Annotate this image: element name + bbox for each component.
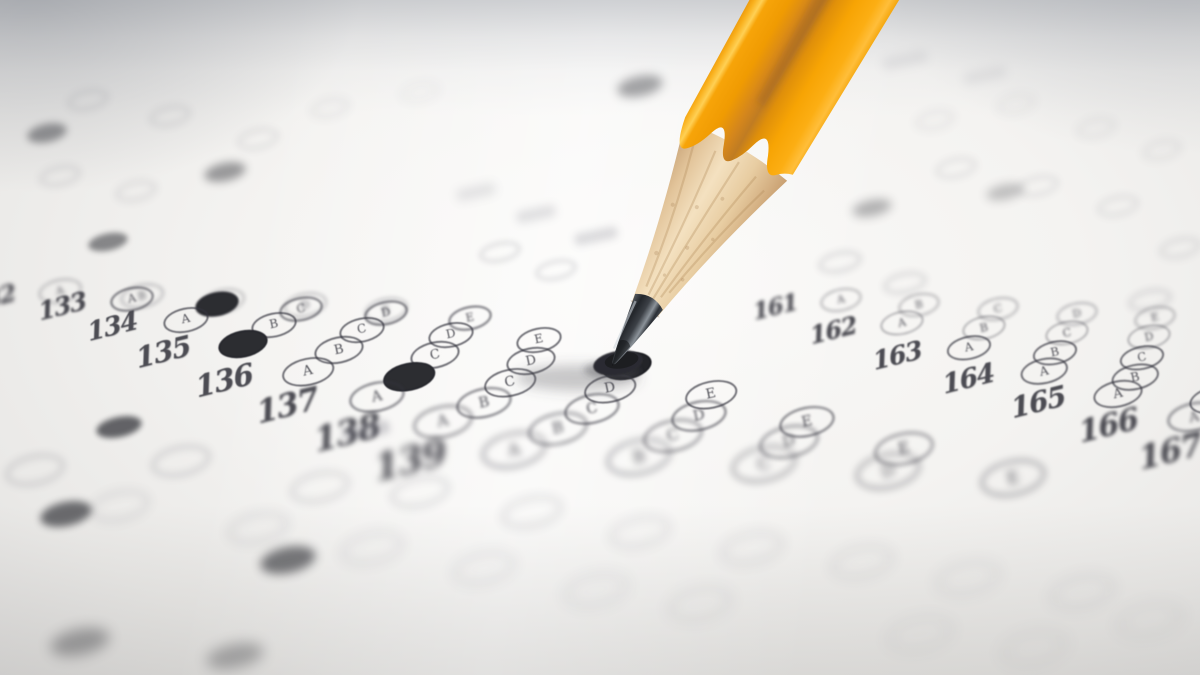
blurred-bubble [1015,172,1060,200]
blurred-filled-bubble [204,638,266,674]
blurred-bubble [560,567,631,612]
answer-bubble: E [978,454,1049,502]
blurred-filled-bubble [851,196,893,220]
blurred-filled-bubble [38,497,94,531]
question-number: 135 [135,328,190,376]
question-number: 161 [753,288,798,327]
blurred-bubble [816,247,863,277]
blurred-bubble [827,540,896,584]
blurred-bubble [308,95,351,122]
blurred-bubble [113,177,158,205]
blurred-filled-bubble [26,120,69,146]
blurred-bubble [88,485,153,527]
blurred-bubble [1157,234,1200,262]
blurred-bubble [3,449,68,491]
blurred-bubble [883,611,956,657]
blurred-bubble [1140,137,1183,164]
blurred-bubble [288,466,353,508]
question-number: 162 [810,309,857,351]
blurred-bubble [1113,597,1186,643]
bubble-sheet-photo: 132ABCDE133ACDE134ABCDE135BCD136ACDE137A… [0,0,1200,675]
question-number: 136 [195,355,253,406]
blurred-bubble [607,511,674,553]
blurred-bubble [499,491,566,533]
blurred-bubble [717,526,786,570]
blurred-bubble [337,526,406,570]
blurred-bubble [533,256,578,284]
answer-sheet-paper: 132ABCDE133ACDE134ABCDE135BCD136ACDE137A… [0,0,1200,675]
blurred-bubble [1046,569,1117,614]
blurred-print-smudge [881,49,928,70]
blurred-bubble [398,79,441,106]
blurred-print-smudge [515,204,557,224]
blurred-filled-bubble [87,230,130,255]
blurred-bubble [225,507,292,549]
blurred-bubble [147,102,192,130]
blurred-print-smudge [962,65,1008,86]
blurred-bubble [913,107,956,134]
blurred-bubble [149,440,214,482]
question-number: 132 [0,278,15,318]
blurred-bubble [994,91,1037,118]
blurred-bubble [235,125,280,153]
question-number: 167 [1138,423,1200,478]
blurred-print-smudge [455,182,497,202]
question-number: 164 [942,357,994,402]
blurred-bubble [933,154,978,182]
blurred-bubble [37,162,82,190]
question-number: 137 [256,380,318,433]
blurred-bubble [997,625,1070,671]
blurred-filled-bubble [258,541,318,578]
question-number: 163 [872,333,921,376]
question-number: 166 [1078,401,1138,452]
blurred-bubble [1095,192,1140,220]
blurred-bubble [477,238,522,266]
blurred-bubble [449,546,518,590]
blurred-bubble [932,555,1003,600]
blurred-filled-bubble [615,71,664,100]
blurred-print-smudge [573,226,619,247]
blurred-bubble [65,86,110,114]
blurred-bubble [664,581,735,626]
blurred-bubble [1074,115,1117,142]
blurred-filled-bubble [48,623,112,661]
blurred-filled-bubble [203,159,248,185]
question-number: 134 [87,305,137,348]
question-number: 165 [1010,378,1065,426]
blurred-filled-bubble [94,412,143,441]
